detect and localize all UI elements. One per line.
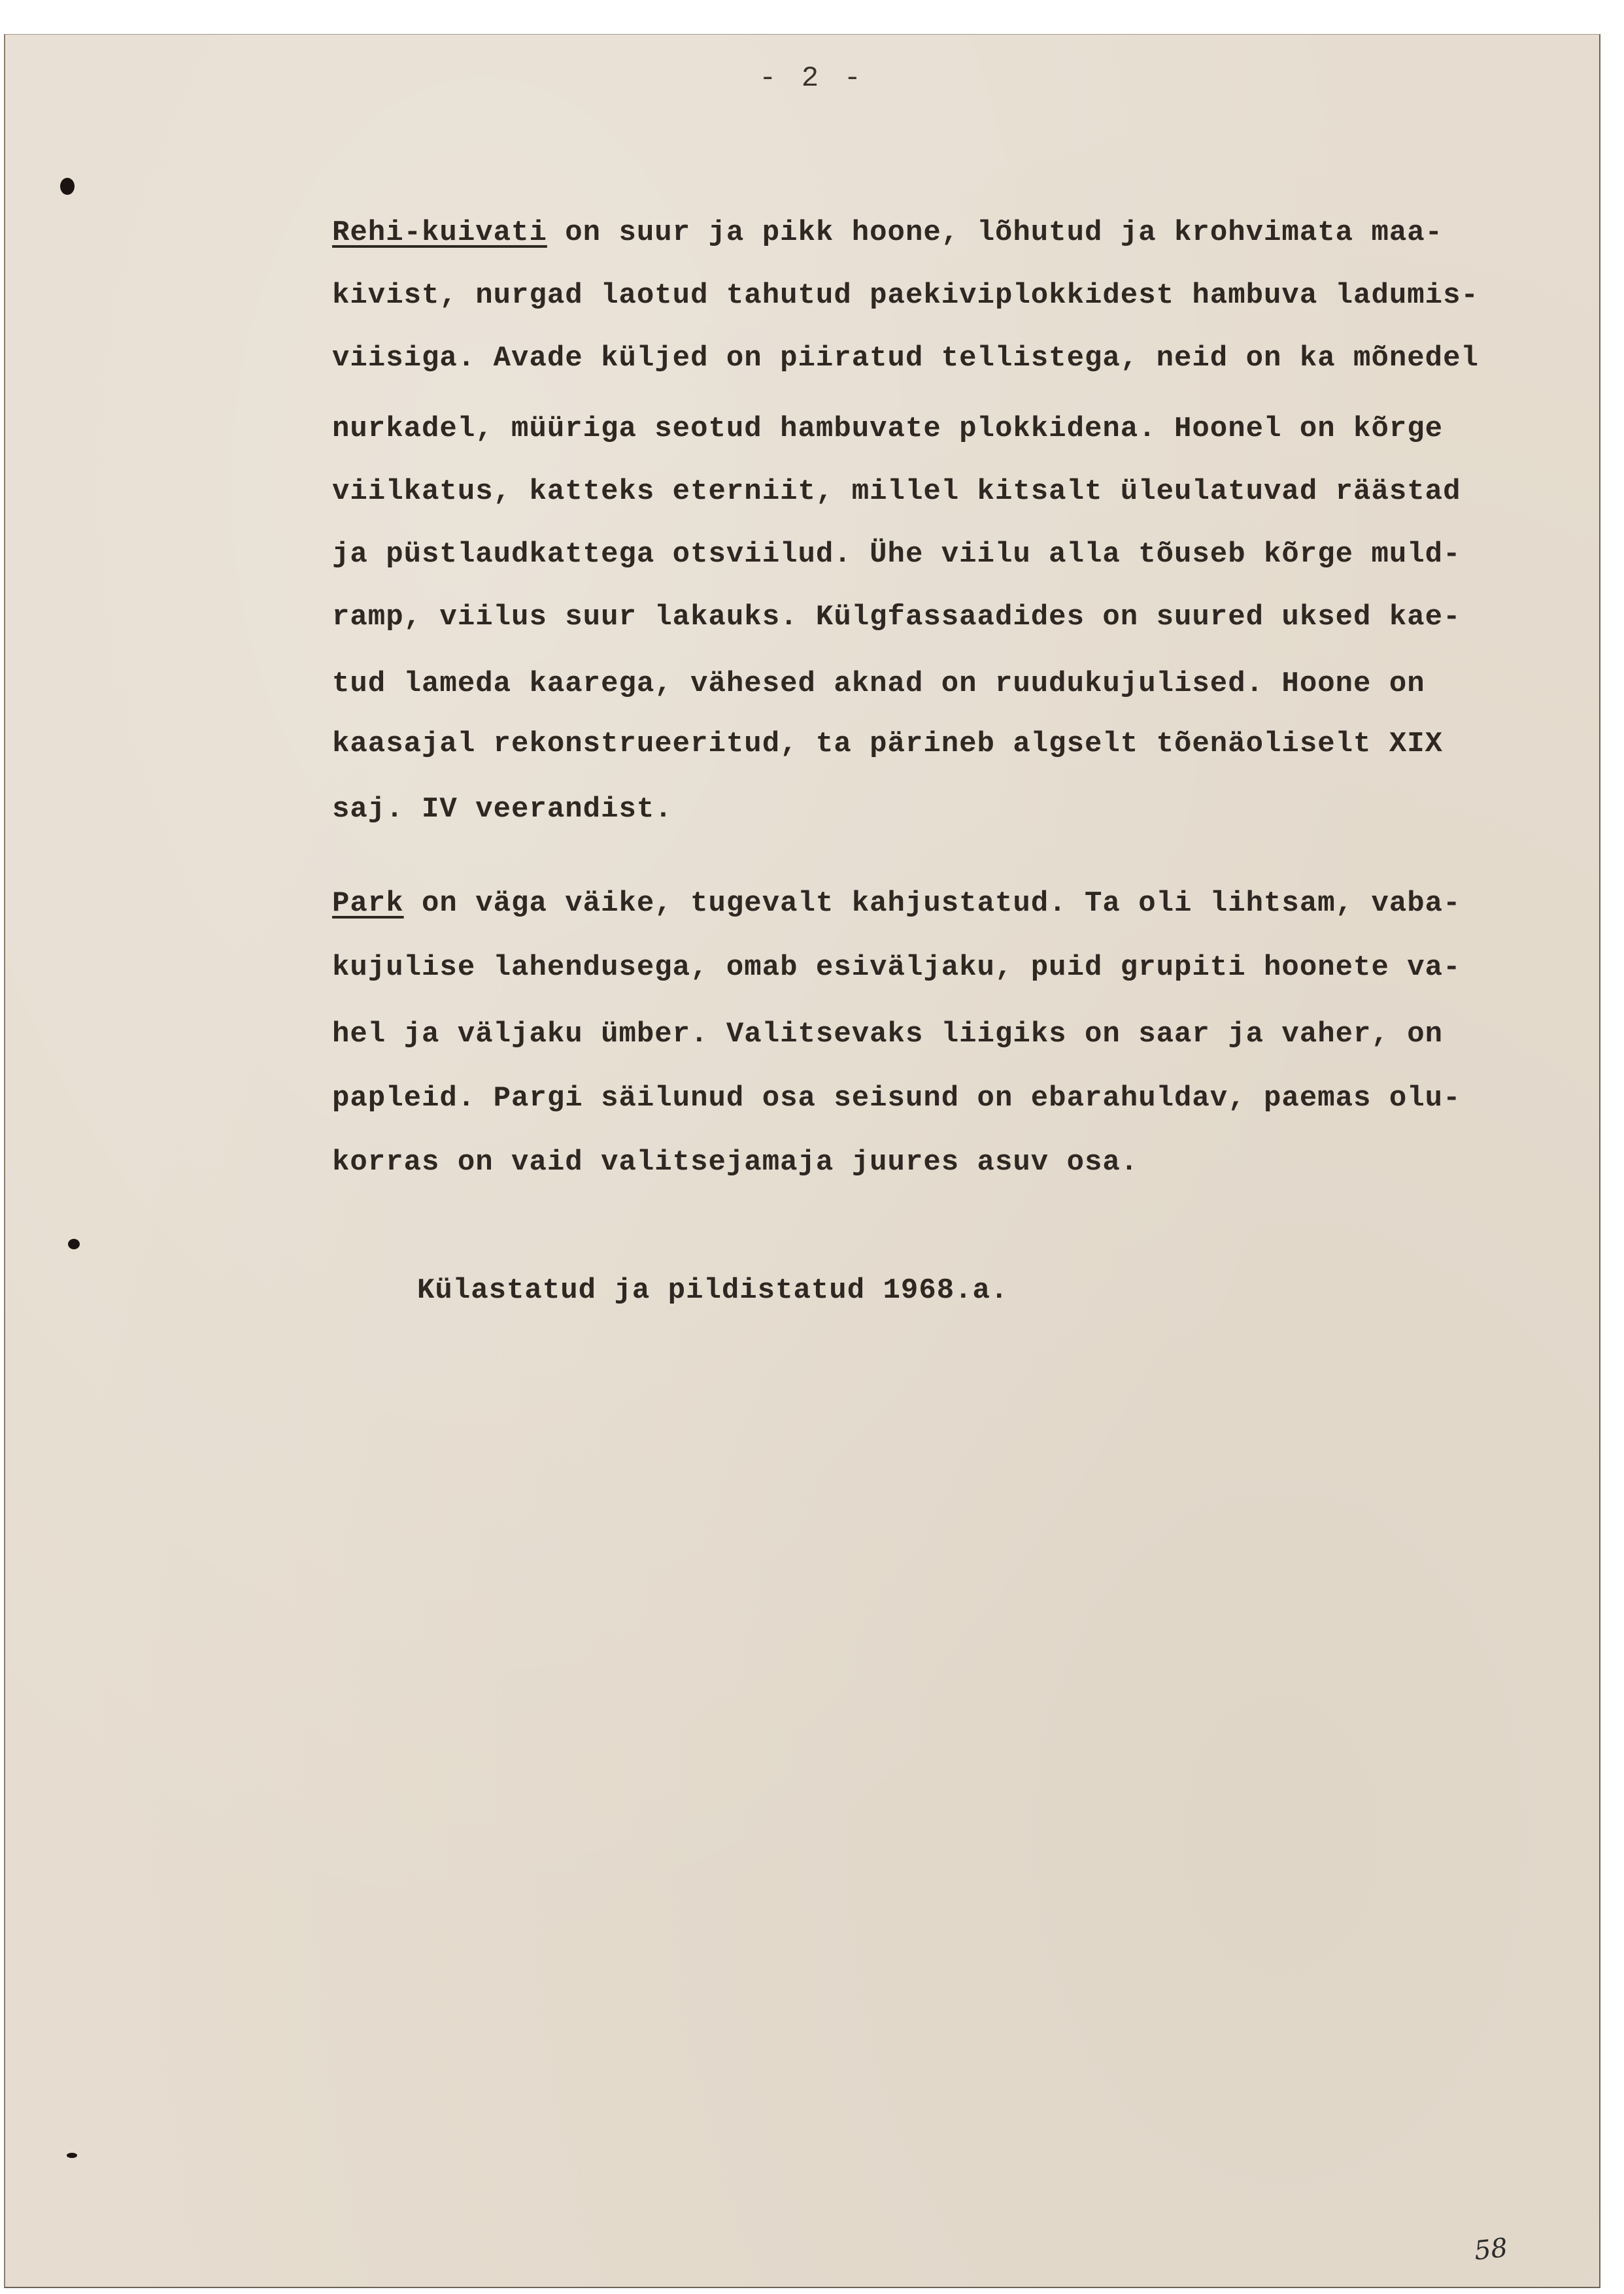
paragraph-2-line-3: hel ja väljaku ümber. Valitsevaks liigik… — [332, 1015, 1443, 1054]
paragraph-2-line-1: Park on väga väike, tugevalt kahjustatud… — [332, 884, 1461, 923]
paragraph-1-line-4: nurkadel, müüriga seotud hambuvate plokk… — [332, 409, 1443, 448]
punch-hole-top — [60, 178, 75, 195]
heading-rehi-kuivati: Rehi-kuivati — [332, 216, 547, 249]
punch-hole-bottom — [67, 2153, 77, 2158]
paragraph-1-line-8: tud lameda kaarega, vähesed aknad on ruu… — [332, 664, 1425, 703]
paragraph-1-line-3: viisiga. Avade küljed on piiratud tellis… — [332, 339, 1479, 378]
paragraph-1-line-6: ja püstlaudkattega otsviilud. Ühe viilu … — [332, 535, 1461, 574]
paragraph-2-line-5: korras on vaid valitsejamaja juures asuv… — [332, 1143, 1138, 1182]
paragraph-1-line-1: Rehi-kuivati on suur ja pikk hoone, lõhu… — [332, 213, 1443, 252]
paragraph-1-line-9: kaasajal rekonstrueeritud, ta pärineb al… — [332, 724, 1443, 764]
visit-note: Külastatud ja pildistatud 1968.a. — [417, 1271, 1008, 1310]
paragraph-1-line-5: viilkatus, katteks eterniit, millel kits… — [332, 472, 1461, 511]
paragraph-2-line-2: kujulise lahendusega, omab esiväljaku, p… — [332, 948, 1461, 987]
heading-park: Park — [332, 887, 404, 920]
paragraph-1-line-10: saj. IV veerandist. — [332, 790, 673, 829]
punch-hole-middle — [68, 1239, 80, 1249]
page-number: - 2 - — [0, 62, 1624, 95]
paragraph-1-line-7: ramp, viilus suur lakauks. Külgfassaadid… — [332, 598, 1461, 637]
paragraph-2-line-4: papleid. Pargi säilunud osa seisund on e… — [332, 1079, 1461, 1118]
paragraph-1-line-2: kivist, nurgad laotud tahutud paekiviplo… — [332, 276, 1479, 315]
handwritten-folio-number: 58 — [1473, 2233, 1509, 2266]
